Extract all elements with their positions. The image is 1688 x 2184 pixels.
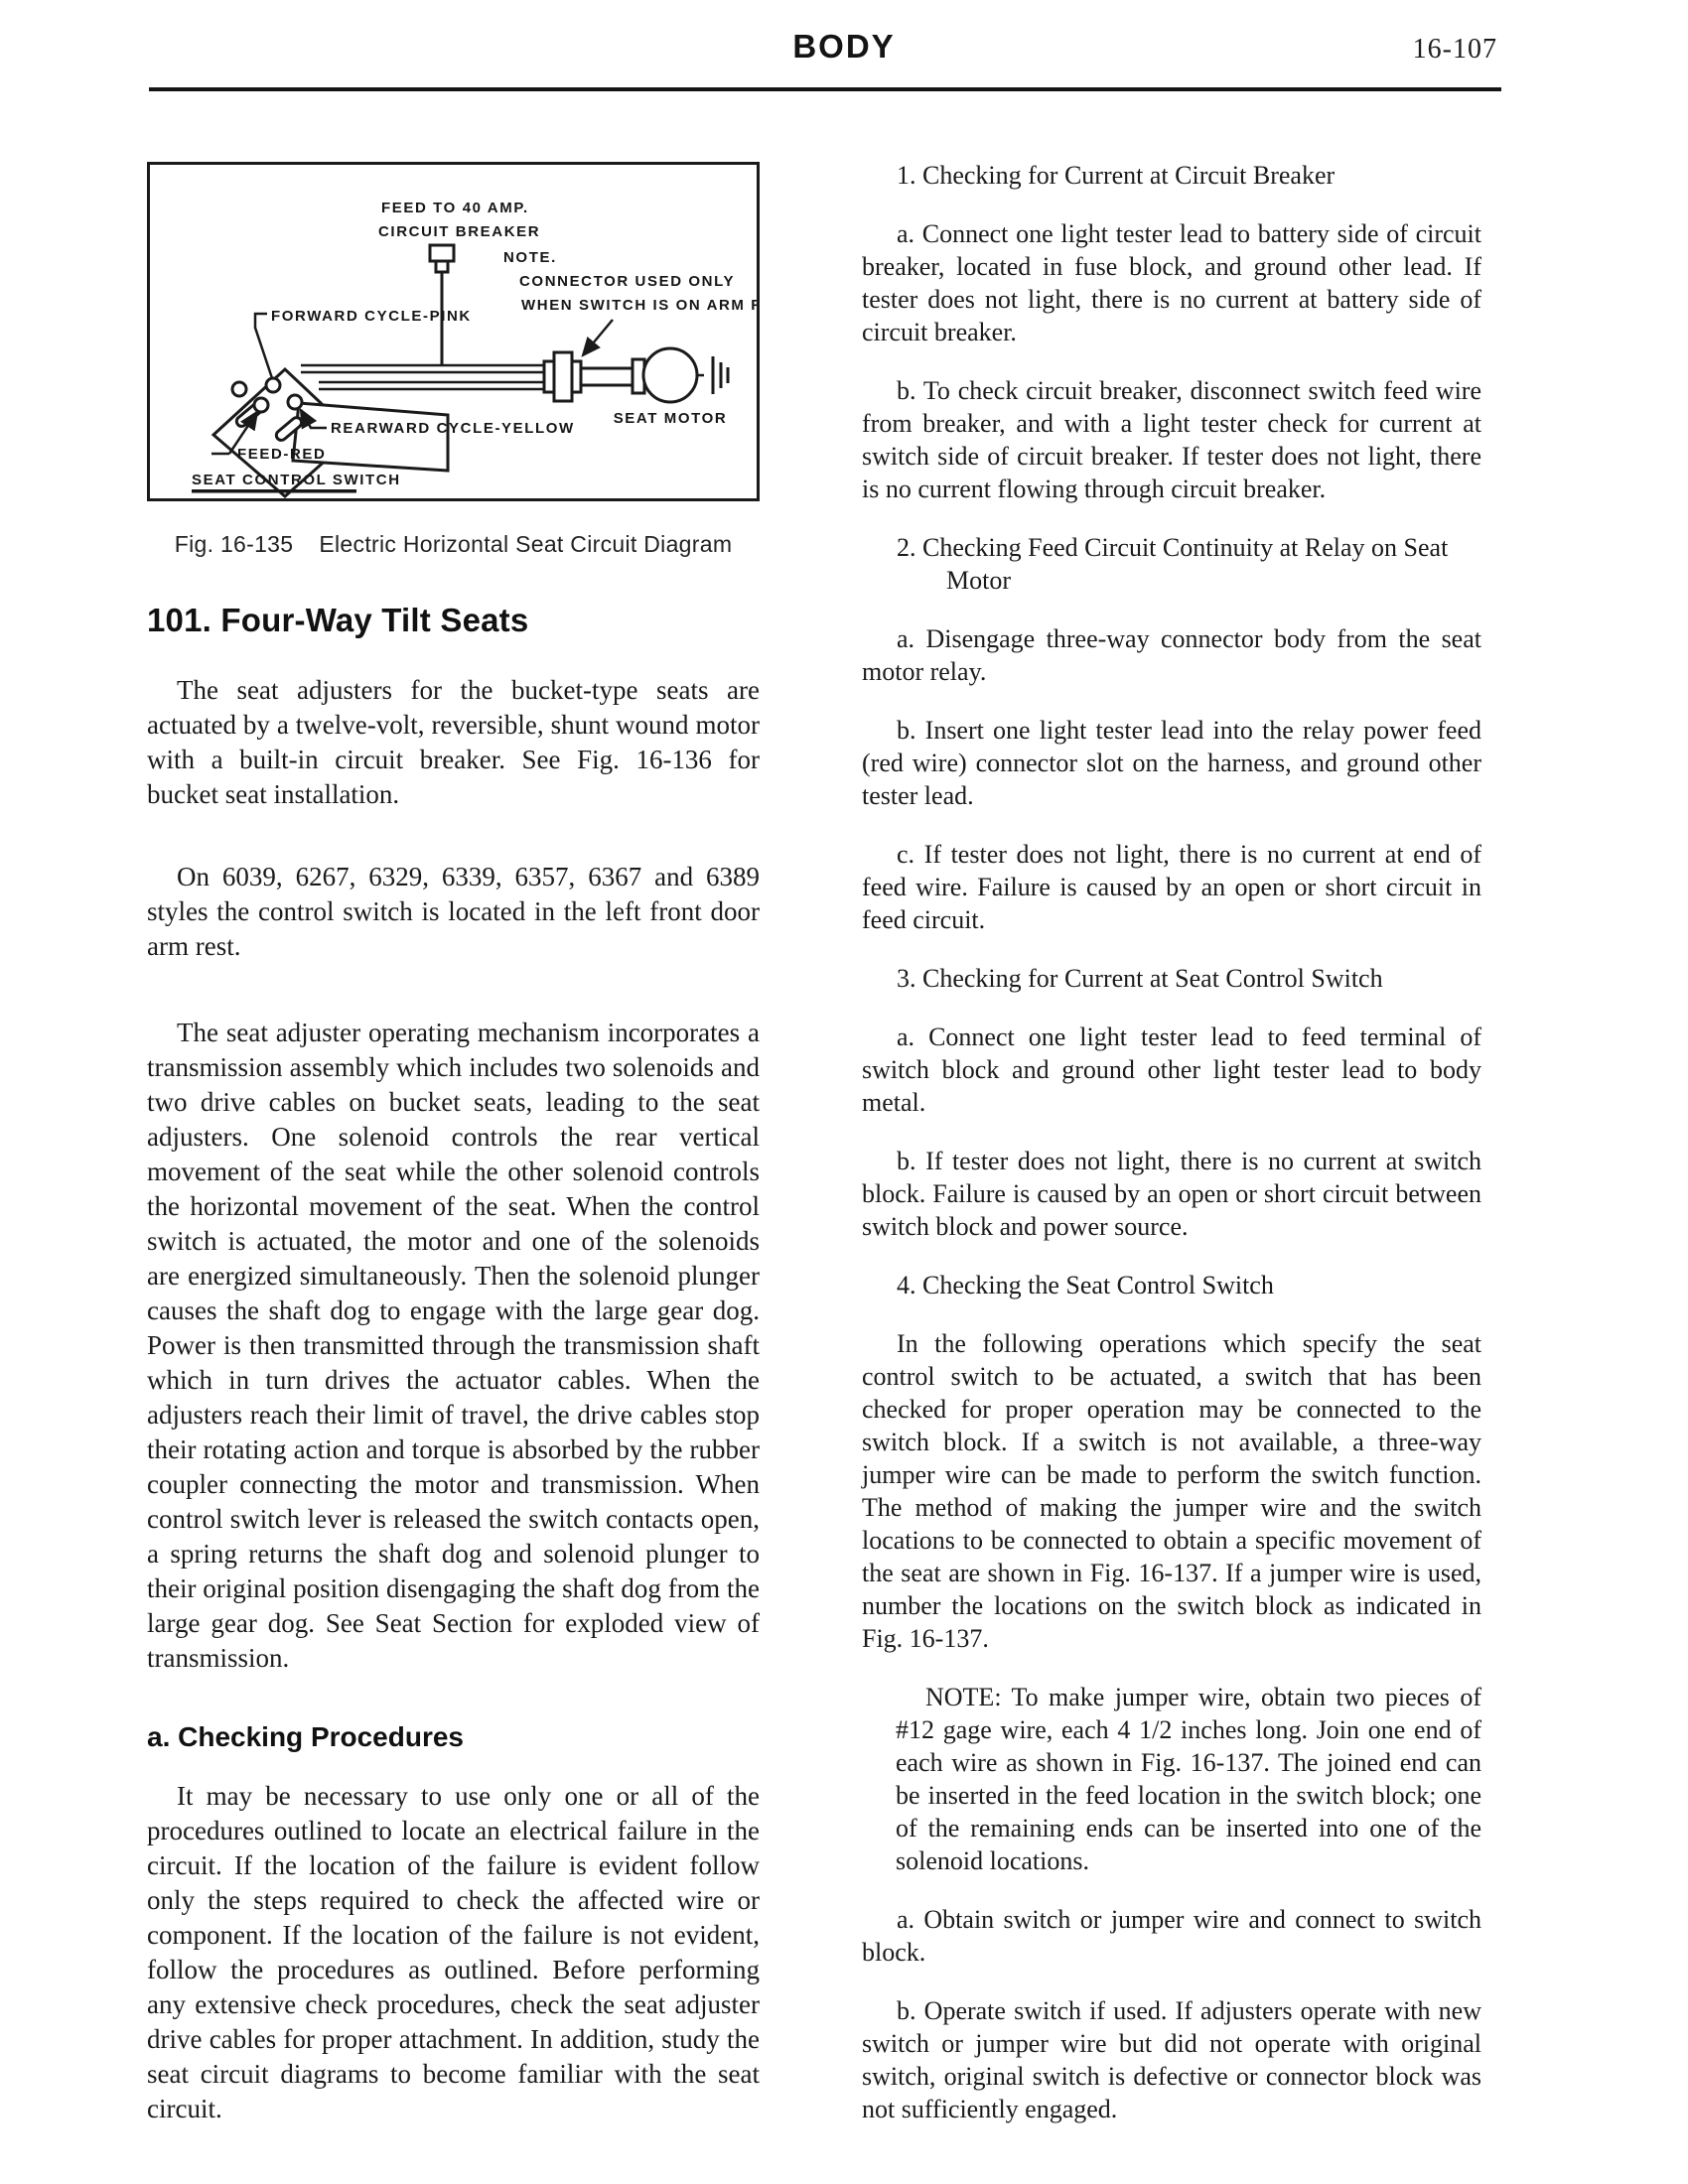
note-arrow: [583, 320, 613, 355]
procedure-paragraph: In the following operations which specif…: [862, 1327, 1481, 1655]
figure-number: Fig. 16-135: [175, 531, 294, 557]
paragraph: It may be necessary to use only one or a…: [147, 1779, 760, 2126]
circuit-diagram-figure: FEED TO 40 AMP. CIRCUIT BREAKER NOTE. CO…: [147, 162, 760, 501]
procedure-step: b. If tester does not light, there is no…: [862, 1145, 1481, 1243]
breaker-connector-icon: [430, 245, 454, 261]
forward-leader: [255, 314, 272, 378]
procedure-heading: 2. Checking Feed Circuit Continuity at R…: [862, 531, 1481, 597]
breaker-connector-tip-icon: [436, 261, 448, 272]
switch-terminal-2: [266, 378, 280, 392]
figure-caption: Fig. 16-135Electric Horizontal Seat Circ…: [147, 531, 760, 558]
procedure-heading: 4. Checking the Seat Control Switch: [862, 1269, 1481, 1301]
procedure-step: b. Insert one light tester lead into the…: [862, 714, 1481, 812]
feed-label-line1: FEED TO 40 AMP.: [381, 200, 529, 216]
inline-connector-body: [554, 352, 572, 401]
rearward-cycle-label: REARWARD CYCLE-YELLOW: [331, 420, 575, 437]
seat-circuit-diagram: FEED TO 40 AMP. CIRCUIT BREAKER NOTE. CO…: [150, 165, 757, 498]
procedure-step: a. Disengage three-way connector body fr…: [862, 622, 1481, 688]
right-column: 1. Checking for Current at Circuit Break…: [862, 159, 1481, 2151]
forward-cycle-label: FORWARD CYCLE-PINK: [271, 308, 472, 325]
procedure-step: b. Operate switch if used. If adjusters …: [862, 1994, 1481, 2125]
paragraph: The seat adjuster operating mechanism in…: [147, 1016, 760, 1676]
note-block: NOTE: To make jumper wire, obtain two pi…: [896, 1681, 1481, 1877]
paragraph: The seat adjusters for the bucket-type s…: [147, 673, 760, 812]
procedure-heading: 1. Checking for Current at Circuit Break…: [862, 159, 1481, 192]
note-label-line1: NOTE.: [503, 249, 557, 266]
feed-red-label: FEED-RED: [237, 446, 326, 463]
seat-control-switch-label: SEAT CONTROL SWITCH: [192, 472, 401, 488]
seat-motor-label: SEAT MOTOR: [614, 410, 728, 427]
header-rule: [149, 87, 1501, 91]
procedure-step: a. Connect one light tester lead to batt…: [862, 217, 1481, 348]
note-label-line2: CONNECTOR USED ONLY: [519, 273, 735, 290]
switch-terminal-4: [288, 395, 302, 409]
switch-label-underline: [192, 489, 356, 493]
switch-terminal-1: [232, 382, 246, 396]
procedure-step: c. If tester does not light, there is no…: [862, 838, 1481, 936]
procedure-heading: 3. Checking for Current at Seat Control …: [862, 962, 1481, 995]
procedure-step: a. Connect one light tester lead to feed…: [862, 1021, 1481, 1119]
note-label-line3: WHEN SWITCH IS ON ARM REST: [521, 297, 757, 314]
seat-motor-icon: [643, 348, 697, 402]
section-heading: 101. Four-Way Tilt Seats: [147, 602, 760, 639]
switch-terminal-3: [254, 398, 268, 412]
procedure-step: b. To check circuit breaker, disconnect …: [862, 374, 1481, 505]
procedure-step: a. Obtain switch or jumper wire and conn…: [862, 1903, 1481, 1969]
figure-title: Electric Horizontal Seat Circuit Diagram: [319, 531, 732, 557]
page-title: BODY: [792, 28, 895, 66]
paragraph: On 6039, 6267, 6329, 6339, 6357, 6367 an…: [147, 860, 760, 964]
inline-connector-right: [572, 361, 581, 392]
page-number: 16-107: [1413, 34, 1497, 66]
left-column: FEED TO 40 AMP. CIRCUIT BREAKER NOTE. CO…: [147, 162, 760, 2153]
checking-procedures-subheading: a. Checking Procedures: [147, 1721, 760, 1753]
feed-label-line2: CIRCUIT BREAKER: [378, 223, 540, 240]
